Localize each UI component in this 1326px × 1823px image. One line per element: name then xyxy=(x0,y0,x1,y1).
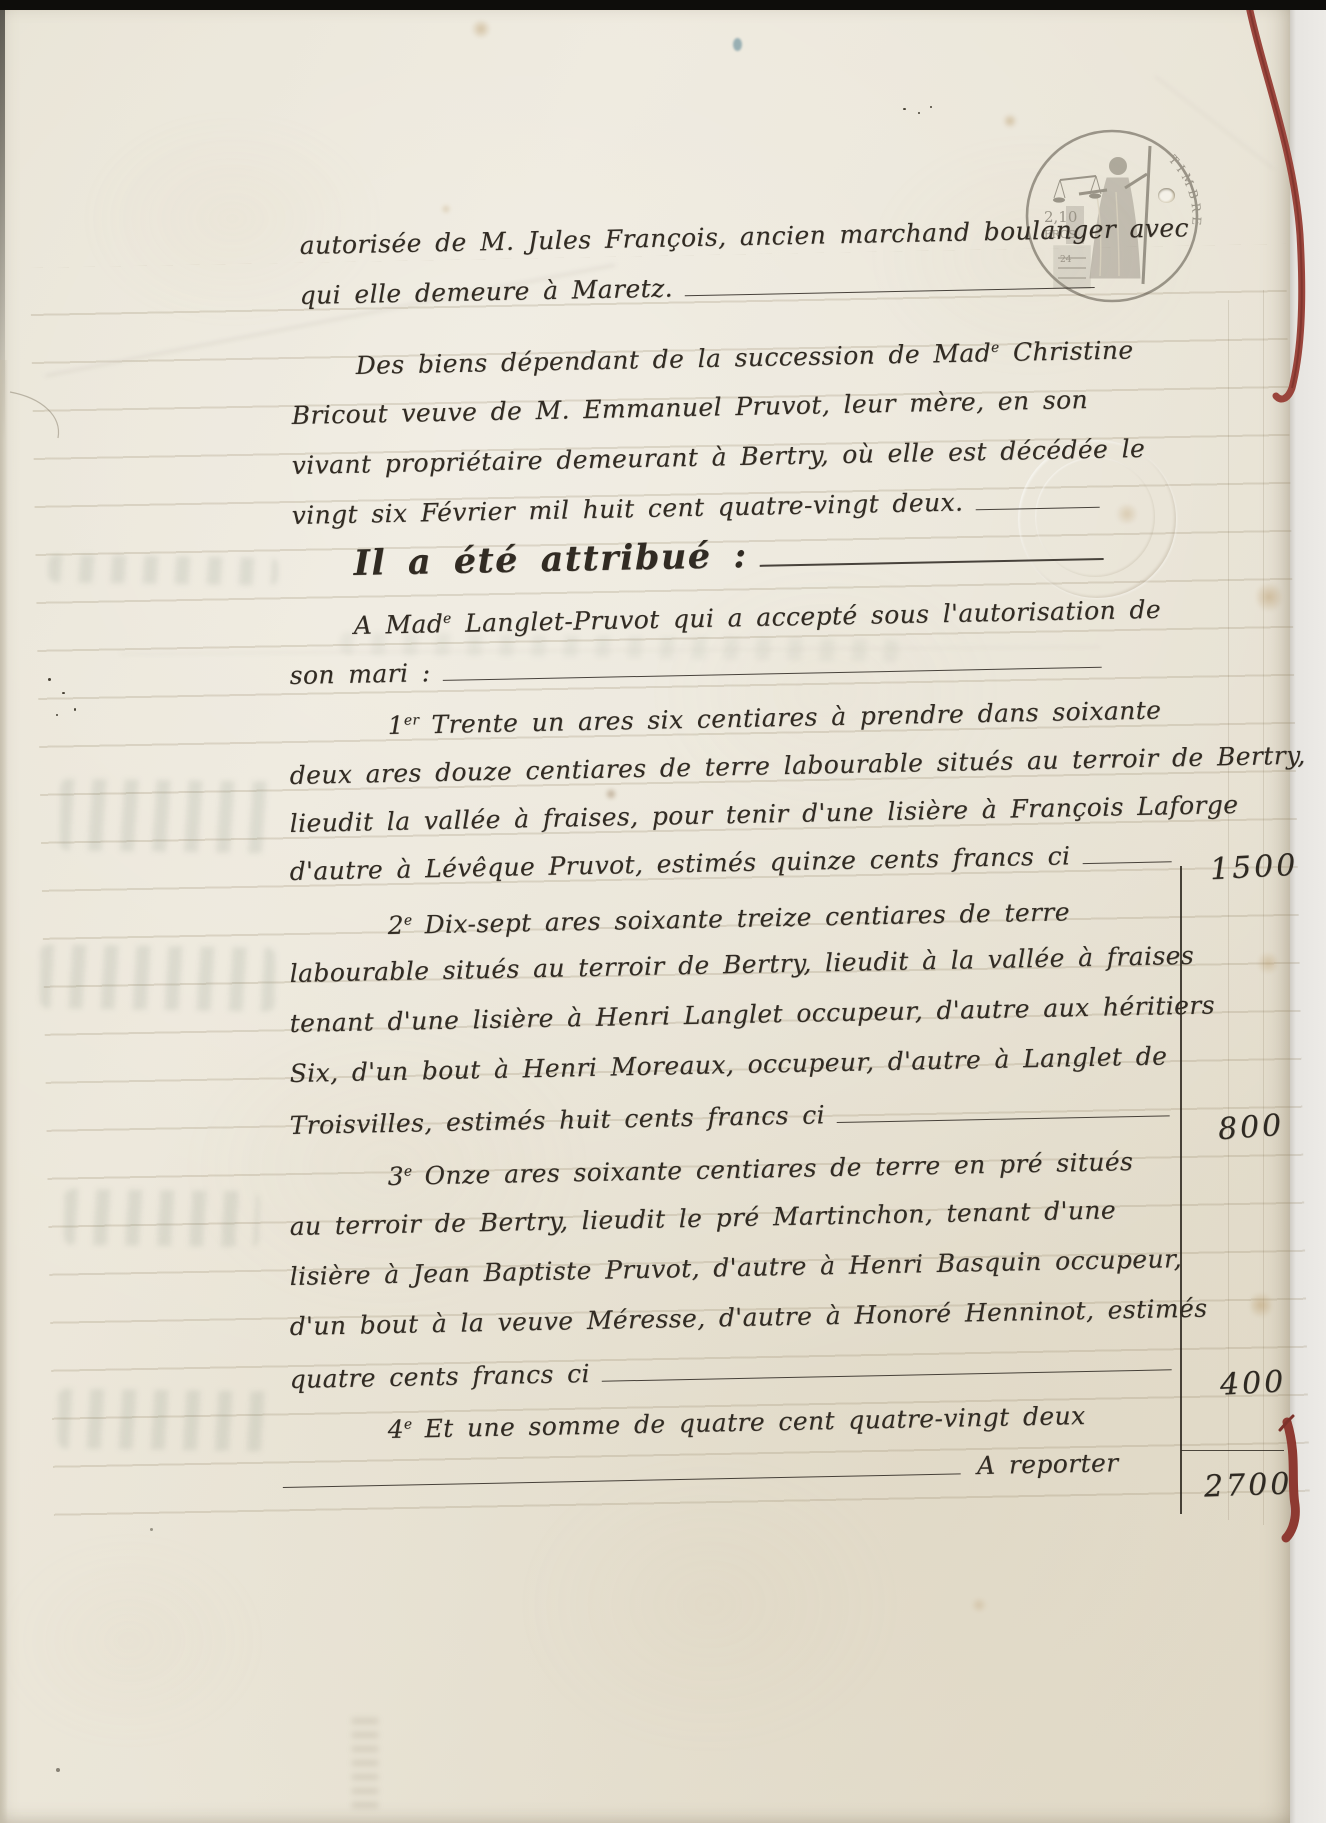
handwriting-text: labourable situés au terroir de Bertry, … xyxy=(289,942,1194,989)
stain xyxy=(1250,1290,1272,1320)
handwriting-text: autorisée de M. Jules François, ancien m… xyxy=(299,214,1189,261)
ink-speck xyxy=(56,1768,60,1772)
handwriting-text: d'un bout à la veuve Méresse, d'autre à … xyxy=(289,1295,1207,1342)
handwriting-text: lieudit la vallée à fraises, pour tenir … xyxy=(289,791,1238,839)
bleedthrough-ghost xyxy=(40,944,276,1011)
punch-hole xyxy=(1158,188,1175,203)
item-3-line: au terroir de Bertry, lieudit le pré Mar… xyxy=(289,1197,1101,1242)
stain xyxy=(970,1598,988,1612)
item-1-line: lieudit la vallée à fraises, pour tenir … xyxy=(289,794,1101,839)
handwriting-line: Des biens dépendant de la succession de … xyxy=(355,337,1095,381)
item-1-line: 1erTrente un ares six centiares à prendr… xyxy=(387,698,1101,741)
carry-label: A reporter xyxy=(977,1449,1119,1481)
flourish-rule xyxy=(837,1115,1170,1123)
handwriting-line: A Made Langlet-Pruvot qui a accepté sous… xyxy=(353,597,1099,641)
handwriting-line: Bricout veuve de M. Emmanuel Pruvot, leu… xyxy=(291,386,1101,431)
document-scan: 2,10 FRCS 24 TIMBRE autorisée de M. Jule… xyxy=(0,0,1326,1823)
handwriting-text: deux ares douze centiares de terre labou… xyxy=(289,742,1305,791)
item-3-line: d'un bout à la veuve Méresse, d'autre à … xyxy=(289,1297,1101,1342)
stain xyxy=(440,204,452,214)
item-1-line: deux ares douze centiares de terre labou… xyxy=(289,746,1101,791)
handwriting-line: vivant propriétaire demeurant à Bertry, … xyxy=(291,436,1101,481)
flourish-rule xyxy=(760,558,1104,567)
handwriting-text: d'autre à Lévêque Pruvot, estimés quinze… xyxy=(289,842,1070,886)
handwriting-line: son mari : xyxy=(289,646,1101,691)
amount-item-1: 1500 xyxy=(1209,848,1299,888)
handwriting-text: 1erTrente un ares six centiares à prendr… xyxy=(387,696,1161,740)
blue-ink-mark xyxy=(733,38,742,51)
bleedthrough-ghost xyxy=(64,1189,260,1248)
handwriting-text: au terroir de Bertry, lieudit le pré Mar… xyxy=(289,1196,1116,1241)
item-2-line: 2eDix-sept ares soixante treize centiare… xyxy=(387,898,1101,941)
handwriting-line: qui elle demeure à Maretz. xyxy=(299,266,1094,311)
handwriting-text: A Made Langlet-Pruvot qui a accepté sous… xyxy=(353,596,1161,641)
handwriting-text: 3eOnze ares soixante centiares de terre … xyxy=(387,1148,1133,1192)
amount-carry-total: 2700 xyxy=(1203,1466,1293,1504)
item-2-line: Troisvilles, estimés huit cents francs c… xyxy=(289,1094,1169,1140)
flourish-rule xyxy=(685,287,1095,296)
scanner-background xyxy=(1286,0,1326,1823)
ink-speck xyxy=(48,678,51,681)
item-3-line: lisière à Jean Baptiste Pruvot, d'autre … xyxy=(289,1247,1101,1292)
handwriting-text: 2eDix-sept ares soixante treize centiare… xyxy=(387,898,1070,940)
item-4-line: 4eEt une somme de quatre cent quatre-vin… xyxy=(387,1402,1101,1445)
handwriting-text: 4eEt une somme de quatre cent quatre-vin… xyxy=(387,1402,1085,1445)
handwriting-text: Bricout veuve de M. Emmanuel Pruvot, leu… xyxy=(291,386,1088,431)
svg-text:24: 24 xyxy=(1060,255,1072,265)
flourish-rule xyxy=(975,507,1099,510)
flourish-rule xyxy=(602,1369,1172,1381)
section-heading: Il a été attribué : xyxy=(353,529,1104,584)
handwriting-text: tenant d'une lisière à Henri Langlet occ… xyxy=(289,991,1215,1038)
handwriting-text: vivant propriétaire demeurant à Bertry, … xyxy=(291,435,1145,481)
handwriting-text: qui elle demeure à Maretz. xyxy=(299,275,673,311)
vertical-fold-line xyxy=(1263,290,1264,1525)
ink-speck xyxy=(918,112,920,114)
ink-speck xyxy=(930,106,932,108)
item-2-line: Six, d'un bout à Henri Moreaux, occupeur… xyxy=(289,1044,1101,1089)
paper-sheet: 2,10 FRCS 24 TIMBRE autorisée de M. Jule… xyxy=(0,0,1290,1823)
scan-left-edge-light xyxy=(0,360,8,1823)
item-3-line: quatre cents francs ci xyxy=(289,1348,1171,1394)
handwriting-line: autorisée de M. Jules François, ancien m… xyxy=(299,216,1099,261)
stain xyxy=(1258,950,1278,976)
ink-speck xyxy=(903,108,906,110)
item-2-line: tenant d'une lisière à Henri Langlet occ… xyxy=(289,993,1134,1039)
smudge xyxy=(352,1718,378,1810)
handwriting-text: Six, d'un bout à Henri Moreaux, occupeur… xyxy=(289,1042,1167,1088)
scan-top-edge xyxy=(0,0,1326,10)
stain xyxy=(604,788,618,800)
handwriting-text: lisière à Jean Baptiste Pruvot, d'autre … xyxy=(289,1245,1182,1292)
handwriting-line: vingt six Février mil huit cent quatre-v… xyxy=(291,486,1099,531)
handwriting-text: Des biens dépendant de la succession de … xyxy=(355,336,1133,380)
bleedthrough-ghost xyxy=(60,779,276,854)
ink-speck xyxy=(62,692,65,694)
stain xyxy=(470,20,492,38)
carry-forward-line: A reporter xyxy=(282,1449,1118,1495)
amount-item-3: 400 xyxy=(1219,1364,1287,1402)
amount-item-2: 800 xyxy=(1217,1108,1286,1148)
ink-speck xyxy=(150,1528,153,1531)
stain xyxy=(1256,580,1282,614)
handwriting-text: quatre cents francs ci xyxy=(289,1360,590,1395)
ink-speck xyxy=(56,714,58,716)
paper-crease xyxy=(1155,74,1275,169)
amount-column-rule xyxy=(1180,866,1182,1514)
flourish-rule xyxy=(1082,861,1171,864)
item-2-line: labourable situés au terroir de Bertry, … xyxy=(289,944,1101,989)
item-1-line: d'autre à Lévêque Pruvot, estimés quinze… xyxy=(289,840,1171,886)
amount-total-rule xyxy=(1181,1450,1284,1451)
flourish-rule xyxy=(283,1473,961,1488)
handwriting-text: vingt six Février mil huit cent quatre-v… xyxy=(291,489,963,531)
stain xyxy=(1002,114,1018,128)
heading-text: Il a été attribué : xyxy=(353,536,748,584)
bleedthrough-ghost xyxy=(48,554,278,585)
handwriting-text: son mari : xyxy=(289,659,430,691)
vertical-fold-line xyxy=(1228,300,1229,1520)
bleedthrough-ghost xyxy=(58,1388,279,1451)
ink-speck xyxy=(74,708,76,711)
flourish-rule xyxy=(443,666,1102,680)
handwriting-text: Troisvilles, estimés huit cents francs c… xyxy=(289,1101,825,1140)
item-3-line: 3eOnze ares soixante centiares de terre … xyxy=(387,1149,1101,1192)
